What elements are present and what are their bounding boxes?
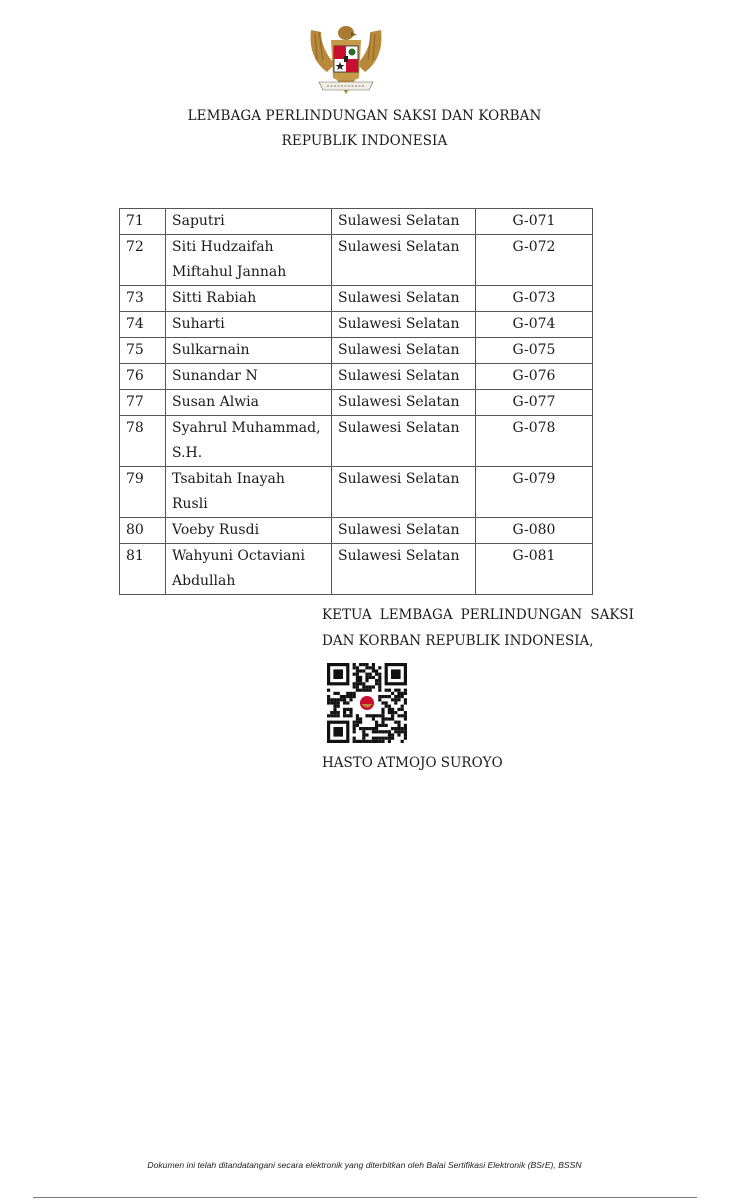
row-number-cell: 71 xyxy=(120,209,166,235)
registration-code-cell: G-076 xyxy=(476,364,593,390)
signatory-title-line1: KETUA LEMBAGA PERLINDUNGAN SAKSI xyxy=(322,607,634,623)
institution-title: LEMBAGA PERLINDUNGAN SAKSI DAN KORBAN xyxy=(0,108,729,124)
province-cell: Sulawesi Selatan xyxy=(332,544,476,595)
province-cell: Sulawesi Selatan xyxy=(332,390,476,416)
province-cell: Sulawesi Selatan xyxy=(332,312,476,338)
registration-code-cell: G-074 xyxy=(476,312,593,338)
row-number-cell: 80 xyxy=(120,518,166,544)
province-cell: Sulawesi Selatan xyxy=(332,467,476,518)
province-cell: Sulawesi Selatan xyxy=(332,338,476,364)
registration-code-cell: G-075 xyxy=(476,338,593,364)
registration-code-cell: G-078 xyxy=(476,416,593,467)
table-row: 76Sunandar NSulawesi SelatanG-076 xyxy=(120,364,593,390)
row-number-cell: 75 xyxy=(120,338,166,364)
table-row: 81Wahyuni Octaviani AbdullahSulawesi Sel… xyxy=(120,544,593,595)
row-number-cell: 81 xyxy=(120,544,166,595)
recipient-name-cell: Voeby Rusdi xyxy=(166,518,332,544)
table-row: 74SuhartiSulawesi SelatanG-074 xyxy=(120,312,593,338)
registration-code-cell: G-071 xyxy=(476,209,593,235)
recipient-name-cell: Siti Hudzaifah Miftahul Jannah xyxy=(166,235,332,286)
recipient-name-cell: Syahrul Muhammad, S.H. xyxy=(166,416,332,467)
registration-code-cell: G-080 xyxy=(476,518,593,544)
recipient-name-cell: Sunandar N xyxy=(166,364,332,390)
institution-subtitle: REPUBLIK INDONESIA xyxy=(0,133,729,149)
table-row: 77Susan AlwiaSulawesi SelatanG-077 xyxy=(120,390,593,416)
recipient-name-cell: Tsabitah Inayah Rusli xyxy=(166,467,332,518)
recipient-name-cell: Wahyuni Octaviani Abdullah xyxy=(166,544,332,595)
province-cell: Sulawesi Selatan xyxy=(332,364,476,390)
registration-code-cell: G-072 xyxy=(476,235,593,286)
table-row: 73Sitti RabiahSulawesi SelatanG-073 xyxy=(120,286,593,312)
province-cell: Sulawesi Selatan xyxy=(332,209,476,235)
qr-code-signature-icon xyxy=(327,663,407,743)
registration-code-cell: G-073 xyxy=(476,286,593,312)
row-number-cell: 74 xyxy=(120,312,166,338)
province-cell: Sulawesi Selatan xyxy=(332,235,476,286)
recipient-name-cell: Sulkarnain xyxy=(166,338,332,364)
row-number-cell: 77 xyxy=(120,390,166,416)
recipient-name-cell: Susan Alwia xyxy=(166,390,332,416)
registration-code-cell: G-079 xyxy=(476,467,593,518)
table-row: 80Voeby RusdiSulawesi SelatanG-080 xyxy=(120,518,593,544)
province-cell: Sulawesi Selatan xyxy=(332,416,476,467)
signatory-title-line2: DAN KORBAN REPUBLIK INDONESIA, xyxy=(322,633,594,649)
row-number-cell: 73 xyxy=(120,286,166,312)
recipient-name-cell: Suharti xyxy=(166,312,332,338)
registration-code-cell: G-081 xyxy=(476,544,593,595)
row-number-cell: 72 xyxy=(120,235,166,286)
footer-divider xyxy=(33,1197,697,1198)
electronic-signature-note: Dokumen ini telah ditandatangani secara … xyxy=(0,1160,729,1170)
table-row: 75SulkarnainSulawesi SelatanG-075 xyxy=(120,338,593,364)
province-cell: Sulawesi Selatan xyxy=(332,518,476,544)
row-number-cell: 79 xyxy=(120,467,166,518)
row-number-cell: 76 xyxy=(120,364,166,390)
table-row: 72Siti Hudzaifah Miftahul JannahSulawesi… xyxy=(120,235,593,286)
row-number-cell: 78 xyxy=(120,416,166,467)
registration-code-cell: G-077 xyxy=(476,390,593,416)
recipient-table: 71SaputriSulawesi SelatanG-07172Siti Hud… xyxy=(119,208,593,595)
garuda-emblem-icon xyxy=(305,20,387,98)
recipient-name-cell: Sitti Rabiah xyxy=(166,286,332,312)
province-cell: Sulawesi Selatan xyxy=(332,286,476,312)
table-row: 78Syahrul Muhammad, S.H.Sulawesi Selatan… xyxy=(120,416,593,467)
signatory-name: HASTO ATMOJO SUROYO xyxy=(322,755,503,771)
table-row: 79Tsabitah Inayah RusliSulawesi SelatanG… xyxy=(120,467,593,518)
recipient-name-cell: Saputri xyxy=(166,209,332,235)
table-row: 71SaputriSulawesi SelatanG-071 xyxy=(120,209,593,235)
